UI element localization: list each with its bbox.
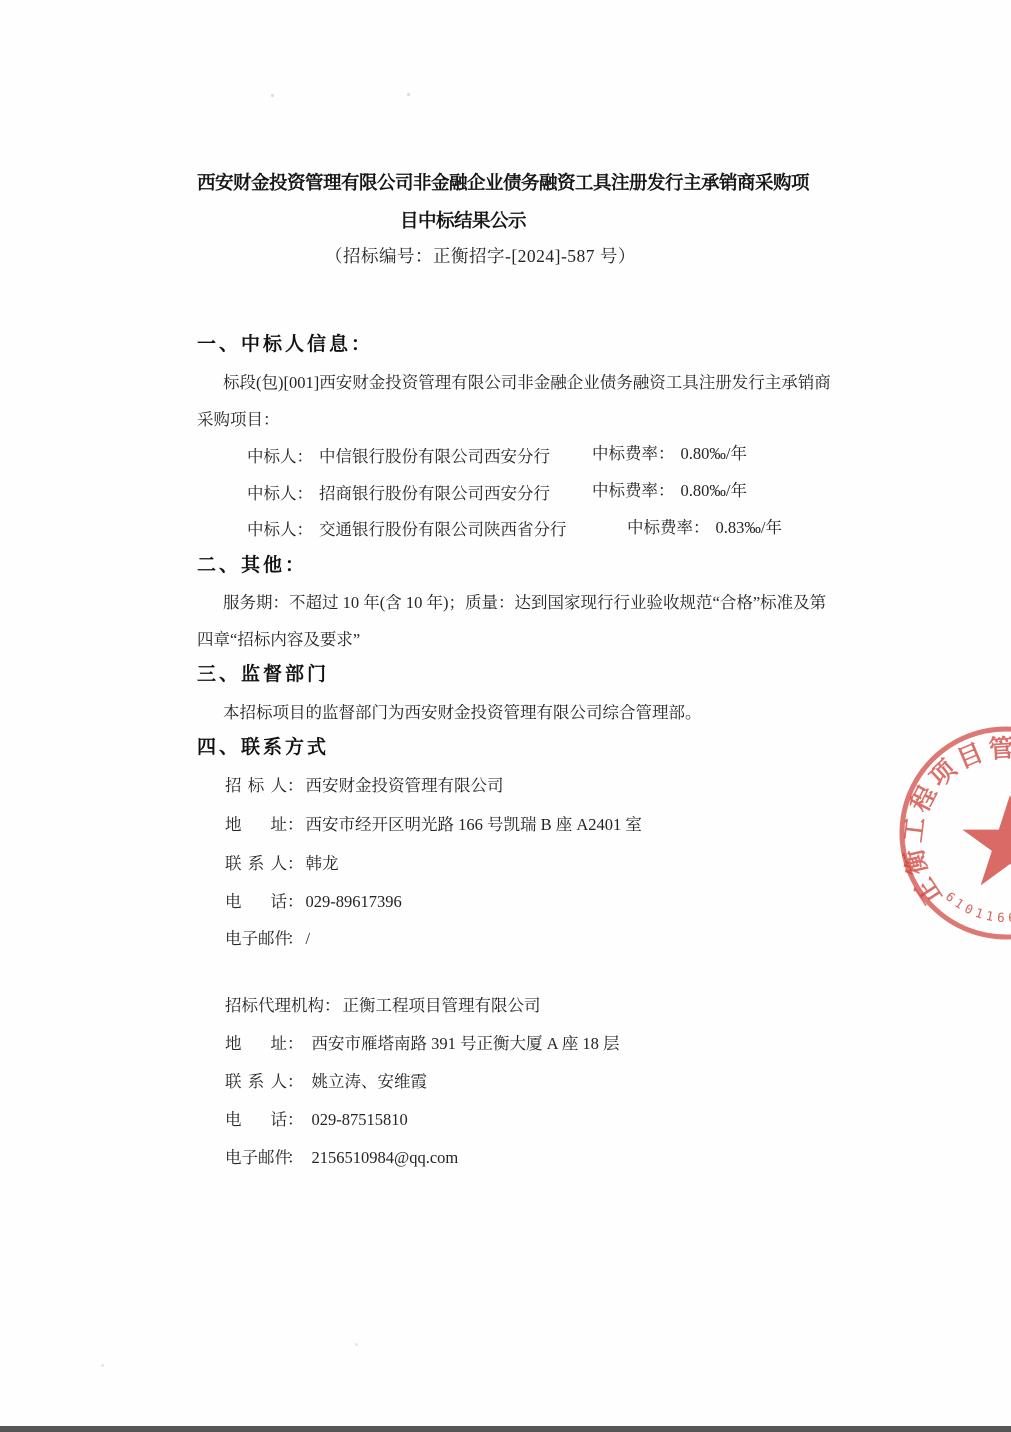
winner-fee-3: 中标费率：0.83‰/年 <box>627 517 782 539</box>
agency-email: 2156510984@qq.com <box>312 1148 459 1167</box>
section3-heading: 三、监督部门 <box>197 664 329 686</box>
seal-char: 项 <box>925 754 963 792</box>
winner-row-1: 中标人：中信银行股份有限公司西安分行 <box>247 446 550 468</box>
scan-speck <box>355 1343 358 1346</box>
tenderer-address-row: 地址：西安市经开区明光路 166 号凯瑞 B 座 A2401 室 <box>225 814 642 836</box>
scan-speck <box>271 94 274 97</box>
tenderer-row: 招标人：西安财金投资管理有限公司 <box>225 775 504 797</box>
seal-code-digit: 6 <box>1008 910 1011 925</box>
seal-code-digit: 6 <box>997 910 1005 925</box>
seal-star <box>962 795 1011 886</box>
scan-speck <box>101 1364 104 1367</box>
agency-phone: 029-87515810 <box>312 1110 408 1129</box>
fee-value: 0.80‰/年 <box>681 481 747 500</box>
tenderer-contact: 韩龙 <box>306 854 339 873</box>
winner-name: 招商银行股份有限公司西安分行 <box>319 484 550 503</box>
winner-fee-2: 中标费率：0.80‰/年 <box>592 480 747 502</box>
package-line1: 标段(包)[001]西安财金投资管理有限公司非金融企业债务融资工具注册发行主承销… <box>223 372 831 394</box>
section1-heading: 一、中标人信息： <box>197 334 373 356</box>
service-term-line2: 四章“招标内容及要求” <box>197 629 360 651</box>
scan-speck <box>407 93 410 96</box>
scan-edge-bar <box>0 1426 1011 1432</box>
agency-contact: 姚立涛、安维霞 <box>312 1072 428 1091</box>
seal-code-digit: 1 <box>973 905 985 922</box>
tenderer-email: / <box>306 929 311 948</box>
tenderer-phone-row: 电话：029-89617396 <box>225 891 402 913</box>
seal-char: 正 <box>910 873 947 909</box>
tenderer-phone: 029-89617396 <box>306 892 402 911</box>
seal-code-digit: 6 <box>943 889 959 905</box>
agency-address-row: 地址：西安市雁塔南路 391 号正衡大厦 A 座 18 层 <box>225 1033 620 1055</box>
agency-name: 正衡工程项目管理有限公司 <box>343 996 541 1015</box>
service-term-line1: 服务期：不超过 10 年(含 10 年)；质量：达到国家现行行业验收规范“合格”… <box>223 592 826 614</box>
tender-number: （招标编号：正衡招字-[2024]-587 号） <box>325 245 636 267</box>
section4-heading: 四、联系方式 <box>197 737 329 759</box>
winner-name: 交通银行股份有限公司陕西省分行 <box>319 520 567 539</box>
seal-code-digit: 0 <box>962 901 975 918</box>
seal-char: 衡 <box>899 846 933 877</box>
fee-value: 0.80‰/年 <box>681 444 747 463</box>
supervision-body: 本招标项目的监督部门为西安财金投资管理有限公司综合管理部。 <box>223 702 702 724</box>
seal-char: 管 <box>988 733 1011 763</box>
agency-contact-row: 联系人：姚立涛、安维霞 <box>225 1071 427 1093</box>
agency-row: 招标代理机构：正衡工程项目管理有限公司 <box>225 995 541 1017</box>
winner-fee-1: 中标费率：0.80‰/年 <box>592 443 747 465</box>
tenderer-email-row: 电子邮件：/ <box>225 928 310 950</box>
seal-char: 目 <box>953 739 987 775</box>
tenderer-address: 西安市经开区明光路 166 号凯瑞 B 座 A2401 室 <box>306 815 642 834</box>
seal-char: 程 <box>906 782 942 817</box>
seal-code-digit: 1 <box>985 908 995 924</box>
winner-row-2: 中标人：招商银行股份有限公司西安分行 <box>247 483 550 505</box>
tenderer-contact-row: 联系人：韩龙 <box>225 853 339 875</box>
winner-row-3: 中标人：交通银行股份有限公司陕西省分行 <box>247 519 567 541</box>
tenderer-name: 西安财金投资管理有限公司 <box>306 776 504 795</box>
section2-heading: 二、其他： <box>197 555 307 577</box>
package-line2: 采购项目： <box>197 409 280 431</box>
agency-address: 西安市雁塔南路 391 号正衡大厦 A 座 18 层 <box>312 1034 620 1053</box>
agency-email-row: 电子邮件：2156510984@qq.com <box>225 1147 458 1169</box>
fee-value: 0.83‰/年 <box>716 518 782 537</box>
seal-code-digit: 1 <box>952 895 967 912</box>
doc-title-line1: 西安财金投资管理有限公司非金融企业债务融资工具注册发行主承销商采购项 <box>197 172 809 194</box>
seal-rim <box>902 729 1011 937</box>
winner-name: 中信银行股份有限公司西安分行 <box>319 447 550 466</box>
seal-group: 正 衡 工 程 项 目 管 理 有 限 公 司 6 1 0 1 1 6 6 <box>899 729 1011 937</box>
agency-phone-row: 电话：029-87515810 <box>225 1109 408 1131</box>
document-page: 西安财金投资管理有限公司非金融企业债务融资工具注册发行主承销商采购项 目中标结果… <box>0 0 1011 1432</box>
seal-char: 工 <box>900 816 930 844</box>
doc-title-line2: 目中标结果公示 <box>400 210 526 232</box>
